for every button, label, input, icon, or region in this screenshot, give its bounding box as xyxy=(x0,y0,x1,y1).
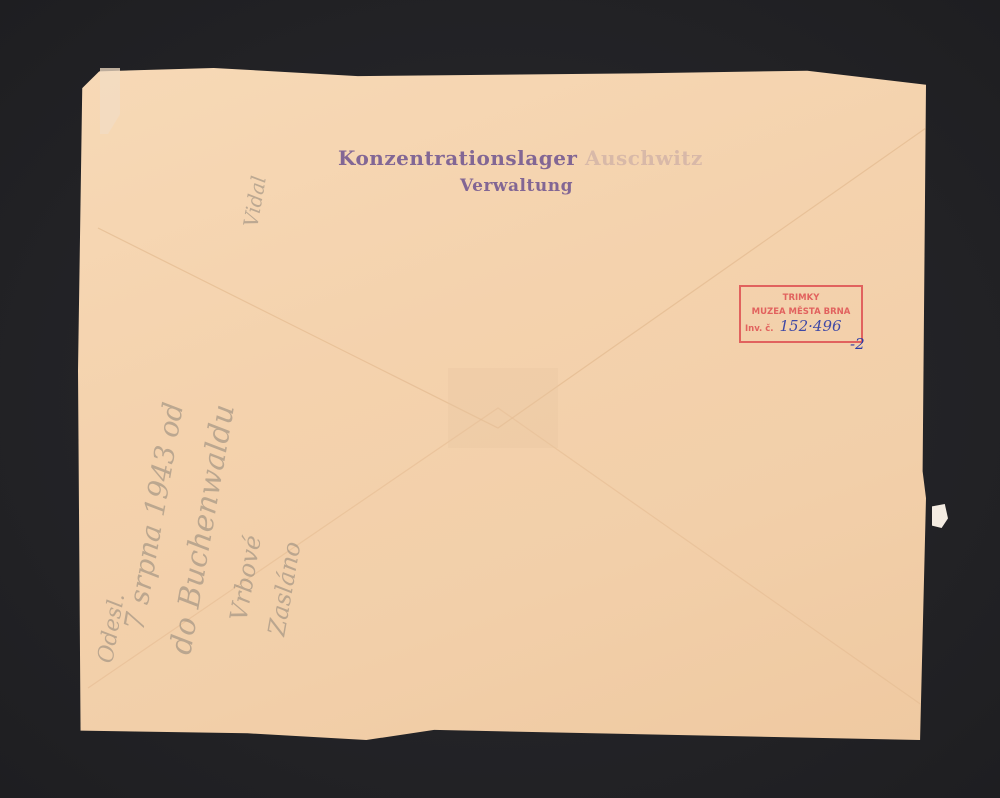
stamp-line-2: Verwaltung xyxy=(460,176,758,196)
inv-label: Inv. č. xyxy=(745,324,774,334)
inv-suffix: -2 xyxy=(850,335,865,353)
museum-stamp-line-1: TRIMKY xyxy=(741,291,861,305)
stamp-camp-name: Konzentrationslager xyxy=(338,146,577,170)
museum-stamp-inv-row: Inv. č. 152·496 xyxy=(741,319,861,336)
camp-administration-stamp: Konzentrationslager Auschwitz Verwaltung xyxy=(338,146,758,196)
stamp-camp-location: Auschwitz xyxy=(585,146,703,170)
stamp-line-1: Konzentrationslager Auschwitz xyxy=(338,146,758,170)
inv-number: 152·496 xyxy=(780,317,842,335)
museum-inventory-stamp: TRIMKY MUZEA MĚSTA BRNA Inv. č. 152·496 xyxy=(739,285,863,343)
